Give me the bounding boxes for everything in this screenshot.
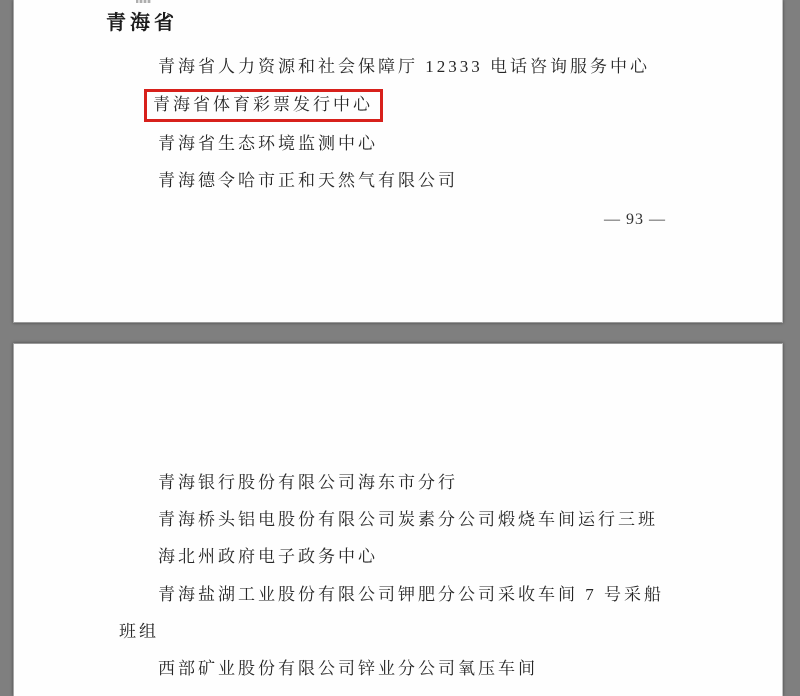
org-list-item-wrap-continuation: 班组 — [119, 621, 159, 643]
org-list-item: 西部矿业股份有限公司锌业分公司氧压车间 — [158, 658, 538, 680]
org-list-item: 青海银行股份有限公司海东市分行 — [158, 472, 458, 494]
province-heading: 青海省 — [106, 12, 178, 34]
org-list-item: 青海省人力资源和社会保障厅 12333 电话咨询服务中心 — [158, 56, 650, 78]
page-number: — 93 — — [604, 211, 666, 229]
highlight-box: 青海省体育彩票发行中心 — [144, 89, 383, 122]
org-list-item: 青海省生态环境监测中心 — [158, 133, 378, 155]
document-page-top: 青海省 青海省人力资源和社会保障厅 12333 电话咨询服务中心 青海省体育彩票… — [13, 0, 783, 323]
cut-text-fragment — [136, 0, 151, 3]
org-list-item-highlighted: 青海省体育彩票发行中心 — [153, 95, 373, 114]
org-list-item: 海北州政府电子政务中心 — [158, 546, 378, 568]
org-list-item: 青海桥头铝电股份有限公司炭素分公司煅烧车间运行三班 — [158, 509, 658, 531]
org-list-item: 青海盐湖工业股份有限公司钾肥分公司采收车间 7 号采船 — [158, 584, 664, 606]
org-list-item: 青海德令哈市正和天然气有限公司 — [158, 170, 458, 192]
document-viewer: 青海省 青海省人力资源和社会保障厅 12333 电话咨询服务中心 青海省体育彩票… — [0, 0, 800, 696]
document-page-bottom: 青海银行股份有限公司海东市分行 青海桥头铝电股份有限公司炭素分公司煅烧车间运行三… — [13, 343, 783, 696]
